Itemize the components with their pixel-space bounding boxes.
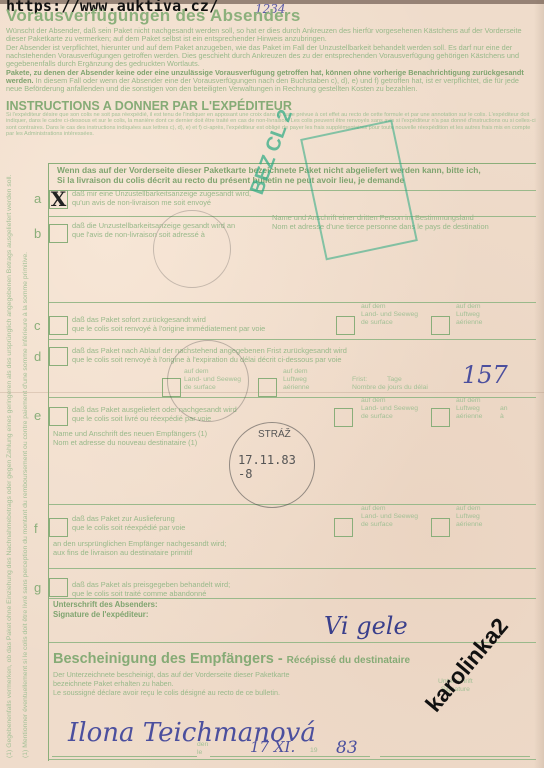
receipt-text-de-2: bezeichnete Paket erhalten zu haben. — [53, 679, 290, 688]
date-prefix-label: den le — [197, 741, 208, 757]
route-label: aérienne — [283, 384, 309, 392]
postmark-date: 17.11.83 -8 — [238, 453, 314, 481]
tage-label: Tage — [387, 376, 402, 383]
route-label: de surface — [361, 413, 418, 421]
route-label: Luftweg — [283, 376, 309, 384]
route-label: auf dem — [361, 397, 418, 405]
option-g-de: daß das Paket als preisgegeben behandelt… — [72, 580, 230, 589]
option-g-fr: que le colis soit traité comme abandonné — [72, 589, 230, 598]
instructions-paragraph-3: Pakete, zu denen der Absender keine oder… — [6, 69, 536, 94]
le-label: le — [197, 749, 208, 757]
option-f-checkbox[interactable] — [49, 518, 68, 537]
option-c-surface-checkbox[interactable] — [336, 316, 355, 335]
route-label: Land- und Seeweg — [361, 405, 418, 413]
route-label: auf dem — [456, 505, 482, 513]
option-f-surface-label: auf dem Land- und Seeweg de surface — [361, 505, 418, 529]
option-b-checkbox[interactable] — [49, 224, 68, 243]
option-f-extra-de: an den ursprünglichen Empfänger nachgesa… — [53, 539, 226, 548]
option-d-checkbox[interactable] — [49, 347, 68, 366]
option-letter-e: e — [34, 408, 41, 423]
route-label: Land- und Seeweg — [361, 311, 418, 319]
option-c-de: daß das Paket sofort zurückgesandt wird — [72, 315, 265, 324]
route-label: aérienne — [456, 521, 482, 529]
sender-signature-fr: Signature de l'expéditeur: — [53, 610, 158, 620]
option-f-air-label: auf dem Luftweg aérienne — [456, 505, 482, 529]
option-c-air-label: auf dem Luftweg aérienne — [456, 303, 482, 327]
postmark-stamp: 17.11.83 -8 STRÁŽ — [229, 422, 315, 508]
option-c-text: daß das Paket sofort zurückgesandt wird … — [72, 315, 265, 333]
new-recipient-fr: Nom et adresse du nouveau destinataire (… — [53, 438, 207, 447]
date-line — [210, 756, 370, 757]
option-c-checkbox[interactable] — [49, 316, 68, 335]
instructions-paragraph-1: Wünscht der Absender, daß sein Paket nic… — [6, 27, 536, 43]
route-label: Luftweg — [456, 513, 482, 521]
year-prefix: 19 — [310, 747, 318, 755]
route-label: auf dem — [283, 368, 309, 376]
instructions-paragraph-3-rest: In diesem Fall oder wenn der Absender ei… — [6, 76, 519, 93]
instructions-title-de: Vorausverfügungen des Absenders — [6, 6, 301, 26]
option-f-text: daß das Paket zur Auslieferung que le co… — [72, 514, 185, 532]
option-a-checkbox[interactable]: X — [49, 190, 68, 209]
new-recipient-label: Name und Anschrift des neuen Empfängers … — [53, 429, 207, 447]
route-label: de surface — [361, 319, 418, 327]
receipt-title-fr: Récépissé du destinataire — [287, 655, 410, 666]
postmark-faint-1 — [153, 210, 231, 288]
option-letter-a: a — [34, 191, 41, 206]
receipt-title: Bescheinigung des Empfängers - Récépissé… — [53, 651, 410, 667]
option-e-air-label: auf dem Luftweg aérienne — [456, 397, 482, 421]
option-g-checkbox[interactable] — [49, 578, 68, 597]
option-c-air-checkbox[interactable] — [431, 316, 450, 335]
check-x-mark: X — [51, 187, 67, 211]
option-e-checkbox[interactable] — [49, 407, 68, 426]
route-label: auf dem — [361, 505, 418, 513]
option-c-surface-label: auf dem Land- und Seeweg de surface — [361, 303, 418, 327]
option-e-air-checkbox[interactable] — [431, 408, 450, 427]
new-recipient-de: Name und Anschrift des neuen Empfängers … — [53, 429, 207, 438]
row-divider — [49, 598, 536, 599]
instructions-title-fr: INSTRUCTIONS A DONNER PAR L'EXPÉDITEUR — [6, 99, 292, 113]
handwritten-days: 157 — [462, 361, 508, 389]
postmark-faint-2 — [167, 340, 249, 422]
sender-signature-label: Unterschrift des Absenders: Signature de… — [53, 600, 158, 619]
option-d-air-checkbox[interactable] — [258, 378, 277, 397]
receipt-text: Der Unterzeichnete bescheinigt, das auf … — [53, 670, 290, 697]
route-label: de surface — [361, 521, 418, 529]
footnote-sidebar: (1) Gegebenenfalls vermerken, ob das Pak… — [0, 163, 46, 760]
deadline-label: Frist: Tage Nombre de jours du délai — [352, 376, 428, 392]
parcel-card-back: https://www.auktiva.cz/ 1234 Vorausverfü… — [0, 0, 544, 768]
route-label: Luftweg — [456, 311, 482, 319]
row-divider — [49, 339, 536, 340]
an-label: an — [500, 405, 508, 413]
postmark-place: STRÁŽ — [258, 429, 291, 440]
receipt-year-handwritten: 83 — [336, 738, 358, 758]
option-f-air-checkbox[interactable] — [431, 518, 450, 537]
option-letter-b: b — [34, 226, 41, 241]
route-label: auf dem — [456, 397, 482, 405]
option-a-de: daß mir eine Unzustellbarkeitsanzeige zu… — [72, 189, 251, 198]
route-label: aérienne — [456, 319, 482, 327]
option-e-surface-label: auf dem Land- und Seeweg de surface — [361, 397, 418, 421]
den-label: den — [197, 741, 208, 749]
receipt-text-de-1: Der Unterzeichnete bescheinigt, das auf … — [53, 670, 290, 679]
option-f-extra: an den ursprünglichen Empfänger nachgesa… — [53, 539, 226, 557]
footnote-fr: (1) Mentionner éventuellement si le coli… — [22, 168, 30, 758]
a-label: à — [500, 413, 508, 421]
option-letter-g: g — [34, 580, 41, 595]
option-c-fr: que le colis soit renvoyé à l'origine im… — [72, 324, 265, 333]
signature-line — [52, 756, 197, 757]
receipt-title-de: Bescheinigung des Empfängers — [53, 651, 274, 667]
footnote-de: (1) Gegebenenfalls vermerken, ob das Pak… — [6, 168, 14, 758]
row-divider — [49, 642, 536, 643]
route-label: auf dem — [456, 303, 482, 311]
option-f-surface-checkbox[interactable] — [334, 518, 353, 537]
receipt-date-handwritten: 17 XI. — [250, 738, 295, 756]
route-label: Land- und Seeweg — [361, 513, 418, 521]
option-f-de: daß das Paket zur Auslieferung — [72, 514, 185, 523]
route-label: aérienne — [456, 413, 482, 421]
option-letter-f: f — [34, 521, 38, 536]
sender-signature-de: Unterschrift des Absenders: — [53, 600, 158, 610]
option-letter-c: c — [34, 318, 41, 333]
option-e-surface-checkbox[interactable] — [334, 408, 353, 427]
frist-label-fr: Nombre de jours du délai — [352, 384, 428, 392]
option-a-text: daß mir eine Unzustellbarkeitsanzeige zu… — [72, 189, 251, 207]
option-g-text: daß das Paket als preisgegeben behandelt… — [72, 580, 230, 598]
row-divider — [49, 759, 536, 760]
option-d-air-label: auf dem Luftweg aérienne — [283, 368, 309, 392]
row-divider — [49, 568, 536, 569]
option-f-fr: que le colis soit réexpédié par voie — [72, 523, 185, 532]
receipt-signature-line — [380, 756, 530, 757]
instructions-paragraph-2: Der Absender ist verpflichtet, hierunter… — [6, 44, 536, 69]
route-label: Luftweg — [456, 405, 482, 413]
option-f-extra-fr: aux fins de livraison au destinataire pr… — [53, 548, 226, 557]
option-e-an-label: an à — [500, 405, 508, 421]
option-letter-d: d — [34, 349, 41, 364]
frist-label: Frist: — [352, 376, 367, 383]
sender-signature-value: Vi gele — [324, 612, 408, 640]
receipt-text-fr: Le soussigné déclare avoir reçu le colis… — [53, 688, 290, 697]
option-a-fr: qu'un avis de non-livraison me soit envo… — [72, 198, 251, 207]
route-label: auf dem — [361, 303, 418, 311]
